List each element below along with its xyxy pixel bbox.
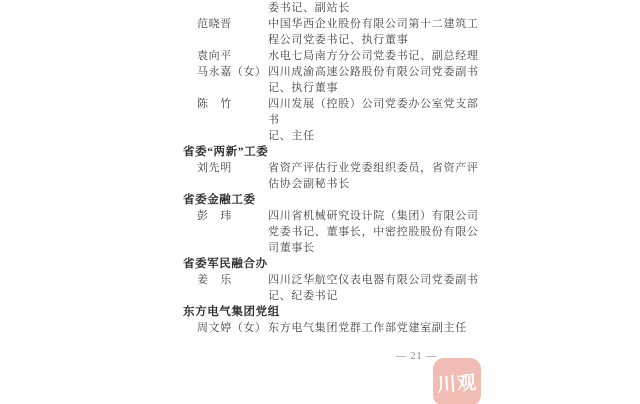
- document-page: 委书记、副站长 范晓晋 中国华西企业股份有限公司第十二建筑工 程公司党委书记、执…: [0, 0, 640, 404]
- chuanguan-watermark-logo: 川观: [433, 358, 481, 404]
- position-description: 四川成渝高速公路股份有限公司党委副书 记、执行董事: [268, 64, 490, 96]
- entry-row: 马永嘉（女） 四川成渝高速公路股份有限公司党委副书 记、执行董事: [183, 64, 491, 96]
- position-description: 委书记、副站长: [268, 0, 490, 16]
- page-number: — 21 —: [396, 351, 437, 362]
- position-description: 东方电气集团党群工作部党建室副主任: [268, 320, 490, 336]
- position-description: 四川发展（控股）公司党委办公室党支部书 记、主任: [268, 96, 490, 144]
- person-name: 姜 乐: [197, 272, 268, 288]
- position-description: 四川泛华航空仪表电器有限公司党委副书 记、纪委书记: [268, 272, 490, 304]
- position-description: 中国华西企业股份有限公司第十二建筑工 程公司党委书记、执行董事: [268, 16, 490, 48]
- position-description: 省资产评估行业党委组织委员，省资产评 估协会副秘书长: [268, 160, 490, 192]
- section-header: 省委“两新”工委: [183, 144, 491, 160]
- person-name: 陈 竹: [197, 96, 268, 112]
- watermark-logo-text: 川观: [436, 367, 478, 397]
- person-name: 刘先明: [197, 160, 268, 176]
- entry-row: 周文婷（女） 东方电气集团党群工作部党建室副主任: [183, 320, 491, 336]
- document-body: 委书记、副站长 范晓晋 中国华西企业股份有限公司第十二建筑工 程公司党委书记、执…: [183, 0, 491, 336]
- person-name: 马永嘉（女）: [197, 64, 268, 80]
- position-description: 四川省机械研究设计院（集团）有限公司 党委书记、董事长，中密控股股份有限公 司董…: [268, 208, 490, 256]
- person-name: 范晓晋: [197, 16, 268, 32]
- person-name: 彭 玮: [197, 208, 268, 224]
- position-description: 水电七局南方分公司党委书记、副总经理: [268, 48, 490, 64]
- entry-row: 袁向平 水电七局南方分公司党委书记、副总经理: [183, 48, 491, 64]
- entry-row: 姜 乐 四川泛华航空仪表电器有限公司党委副书 记、纪委书记: [183, 272, 491, 304]
- continuation-row: 委书记、副站长: [183, 0, 491, 16]
- entry-row: 陈 竹 四川发展（控股）公司党委办公室党支部书 记、主任: [183, 96, 491, 144]
- entry-row: 范晓晋 中国华西企业股份有限公司第十二建筑工 程公司党委书记、执行董事: [183, 16, 491, 48]
- section-header: 东方电气集团党组: [183, 304, 491, 320]
- section-header: 省委金融工委: [183, 192, 491, 208]
- entry-row: 刘先明 省资产评估行业党委组织委员，省资产评 估协会副秘书长: [183, 160, 491, 192]
- section-header: 省委军民融合办: [183, 256, 491, 272]
- person-name: 袁向平: [197, 48, 268, 64]
- person-name: 周文婷（女）: [197, 320, 268, 336]
- entry-row: 彭 玮 四川省机械研究设计院（集团）有限公司 党委书记、董事长，中密控股股份有限…: [183, 208, 491, 256]
